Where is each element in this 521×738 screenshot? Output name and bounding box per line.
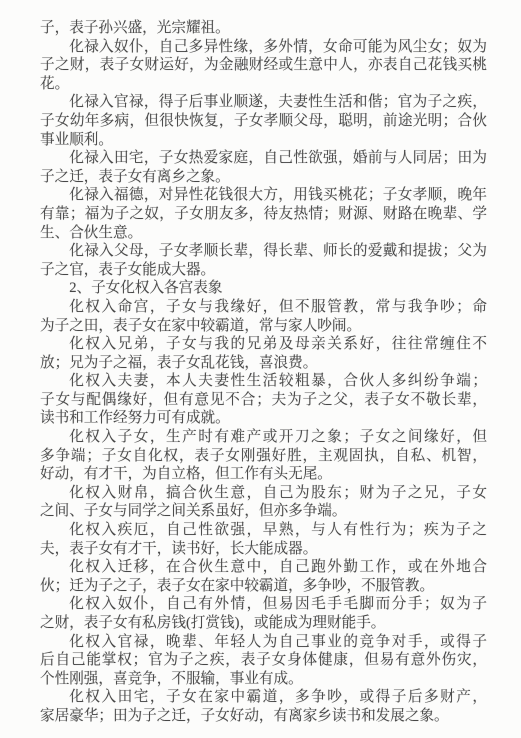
text-line: 化禄入官禄，得子后事业顺遂，夫妻性生活和偕；官为子之疾，: [40, 93, 487, 112]
text-line: 化权入兄弟，子女与我的兄弟及母亲关系好，往往常缠住不: [40, 335, 487, 354]
text-line: 之财，表子女有私房钱(打赏钱)，或能成为理财能手。: [40, 614, 487, 633]
text-line: 子女与配偶缘好，但有意见不合；夫为子之父，表子女不敬长辈，: [40, 391, 487, 410]
text-line: 后自己能掌权；官为子之疾，表子女身体健康，但易有意外伤灾，: [40, 651, 487, 670]
text-line: 化禄入父母，子女孝顺长辈，得长辈、师长的爱戴和提拔；父为: [40, 242, 487, 261]
text-line: 子之迁，表子女有离乡之象。: [40, 168, 487, 187]
text-line: 化权入命宫，子女与我缘好，但不服管教，常与我争吵；命: [40, 298, 487, 317]
text-line: 有靠；福为子之奴，子女朋友多，待友热情；财源、财路在晚辈、学: [40, 205, 487, 224]
text-column: 子，表子孙兴盛，光宗耀祖。 化禄入奴仆，自己多异性缘，多外情，女命可能为风尘女；…: [40, 19, 487, 726]
text-line: 花。: [40, 75, 487, 94]
text-line: 个性刚强，喜竞争，不服输，事业有成。: [40, 670, 487, 689]
text-line: 事业顺利。: [40, 131, 487, 150]
text-line: 子，表子孙兴盛，光宗耀祖。: [40, 19, 487, 38]
text-line: 化禄入福德，对异性花钱很大方，用钱买桃花；子女孝顺，晚年: [40, 186, 487, 205]
text-line: 放；兄为子之福，表子女乱花钱，喜浪费。: [40, 354, 487, 373]
text-line: 化禄入田宅，子女热爱家庭，自己性欲强，婚前与人同居；田为: [40, 149, 487, 168]
text-line: 化权入夫妻，本人夫妻性生活较粗暴，合伙人多纠纷争端；: [40, 372, 487, 391]
text-line: 多争端；子女自化权，表子女刚强好胜，主观固执，自私、机智，: [40, 447, 487, 466]
text-line: 化权入奴仆，自己有外情，但易因毛手毛脚而分手；奴为子: [40, 595, 487, 614]
text-line: 为子之田，表子女在家中较霸道，常与家人吵闹。: [40, 317, 487, 336]
text-line: 子之官，表子女能成大器。: [40, 261, 487, 280]
text-line: 化禄入奴仆，自己多异性缘，多外情，女命可能为风尘女；奴为: [40, 38, 487, 57]
text-line: 化权入疾厄，自己性欲强，早熟，与人有性行为；疾为子之: [40, 521, 487, 540]
text-line: 生、合伙生意。: [40, 224, 487, 243]
section-heading: 2、子女化权入各宫表象: [40, 279, 487, 298]
text-line: 好动，有才干，为自立格，但工作有头无尾。: [40, 465, 487, 484]
text-line: 夫，表子女有才干，读书好，长大能成器。: [40, 540, 487, 559]
text-line: 伙；迁为子之子，表子女在家中较霸道，多争吵，不服管教。: [40, 577, 487, 596]
text-line: 化权入田宅，子女在家中霸道，多争吵，或得子后多财产，: [40, 688, 487, 707]
text-line: 化权入财帛，搞合伙生意，自己为股东；财为子之兄，子女: [40, 484, 487, 503]
scanned-document-page: 子，表子孙兴盛，光宗耀祖。 化禄入奴仆，自己多异性缘，多外情，女命可能为风尘女；…: [0, 0, 521, 738]
text-line: 化权入官禄，晚辈、年轻人为自己事业的竞争对手，或得子: [40, 633, 487, 652]
text-line: 化权入子女，生产时有难产或开刀之象；子女之间缘好，但: [40, 428, 487, 447]
text-line: 家居豪华；田为子之迁，子女好动，有离家乡读书和发展之象。: [40, 707, 487, 726]
text-line: 之间、子女与同学之间关系虽好，但亦多争端。: [40, 502, 487, 521]
text-line: 读书和工作经努力可有成就。: [40, 409, 487, 428]
text-line: 化权入迁移，在合伙生意中，自己跑外勤工作，或在外地合: [40, 558, 487, 577]
text-line: 子之财，表子女财运好，为金融财经或生意中人，亦表自己花钱买桃: [40, 56, 487, 75]
text-line: 子女幼年多病，但很快恢复，子女孝顺父母，聪明，前途光明；合伙: [40, 112, 487, 131]
